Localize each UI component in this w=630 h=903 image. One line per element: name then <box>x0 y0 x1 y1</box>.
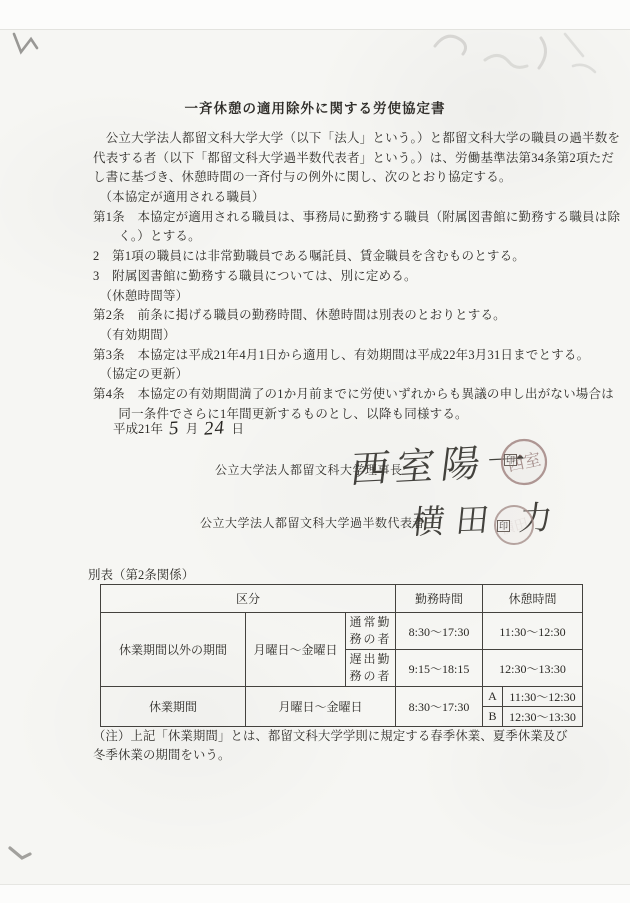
scan-paper-bottom-edge <box>0 884 630 903</box>
body-line: 第2条 前条に掲げる職員の勤務時間、休憩時間は別表のとおりとする。 <box>93 306 575 326</box>
cell-nonholiday-period: 休業期間以外の期間 <box>101 613 246 687</box>
cell-normal-work-hours: 8:30〜17:30 <box>396 613 483 650</box>
date-day-label: 日 <box>232 422 245 436</box>
seal-mark-label: 印 <box>497 520 510 532</box>
agreement-date: 平成21年 5 月 24 日 <box>113 417 244 439</box>
cell-holiday-work-hours: 8:30〜17:30 <box>396 687 483 727</box>
scanned-document-page: 一斉休憩の適用除外に関する労使協定書 公立大学法人都留文科大学大学（以下「法人」… <box>0 0 630 903</box>
cell-option-a-label: A <box>483 687 503 707</box>
document-title: 一斉休憩の適用除外に関する労使協定書 <box>0 97 630 117</box>
body-line: 2 第1項の職員には非常勤職員である嘱託員、賃金職員を含むものとする。 <box>93 247 575 267</box>
date-month-handwritten: 5 <box>165 417 183 440</box>
cell-nonholiday-days: 月曜日〜金曜日 <box>246 613 346 687</box>
body-line: し書に基づき、休憩時間の一斉付与の例外に関し、次のとおり協定する。 <box>93 168 575 188</box>
signer1-seal: 西室 印 <box>499 437 549 487</box>
body-line: 第3条 本協定は平成21年4月1日から適用し、有効期間は平成22年3月31日まで… <box>93 346 575 366</box>
cell-normal-shift-label: 通常勤務の者 <box>346 613 396 650</box>
appendix-footnote: （注）上記「休業期間」とは、都留文科大学学則に規定する春季休業、夏季休業及び冬季… <box>93 727 577 765</box>
seal-mark-label: 印 <box>504 454 517 466</box>
scan-paper-top-edge <box>0 0 630 30</box>
cell-holiday-period: 休業期間 <box>101 687 246 727</box>
cell-late-work-hours: 9:15〜18:15 <box>396 650 483 687</box>
document-body: 公立大学法人都留文科大学大学（以下「法人」という。）と都留文科大学の職員の過半数… <box>93 129 575 424</box>
col-header-work-hours: 勤務時間 <box>396 585 483 613</box>
signer2-seal: 横田 印 <box>492 503 536 547</box>
body-line: 第4条 本協定の有効期間満了の1か月前までに労使いずれからも異議の申し出がない場… <box>93 385 575 405</box>
body-line: 3 附属図書館に勤務する職員については、別に定める。 <box>93 267 575 287</box>
col-header-rest-hours: 休憩時間 <box>483 585 583 613</box>
body-line: （休憩時間等） <box>93 287 575 307</box>
cell-option-a-rest: 11:30〜12:30 <box>503 687 583 707</box>
cell-holiday-days: 月曜日〜金曜日 <box>246 687 396 727</box>
body-line: （本協定が適用される職員） <box>93 188 575 208</box>
body-line: （有効期間） <box>93 326 575 346</box>
work-rest-hours-table: 区分 勤務時間 休憩時間 休業期間以外の期間 月曜日〜金曜日 通常勤務の者 8:… <box>100 584 583 727</box>
signer2-handwritten-signature: 横田 力 <box>409 491 566 543</box>
cell-late-shift-label: 遅出勤務の者 <box>346 650 396 687</box>
date-era-year: 平成21年 <box>113 422 163 436</box>
appendix-caption: 別表（第2条関係） <box>88 565 194 583</box>
col-header-category: 区分 <box>101 585 396 613</box>
body-line: 第1条 本協定が適用される職員は、事務局に勤務する職員（附属図書館に勤務する職員… <box>93 208 575 228</box>
cell-normal-rest-hours: 11:30〜12:30 <box>483 613 583 650</box>
body-line: 代表する者（以下「都留文科大学過半数代表者」という。）は、労働基準法第34条第2… <box>93 149 575 169</box>
body-line: （協定の更新） <box>93 365 575 385</box>
date-day-handwritten: 24 <box>201 417 229 441</box>
date-month-label: 月 <box>186 422 199 436</box>
body-line: 公立大学法人都留文科大学大学（以下「法人」という。）と都留文科大学の職員の過半数… <box>93 129 575 149</box>
scan-artifact-bottom-left <box>4 840 38 870</box>
cell-option-b-rest: 12:30〜13:30 <box>503 707 583 727</box>
body-line: く。）とする。 <box>93 227 575 247</box>
scan-artifact-top-left <box>6 28 46 72</box>
cell-late-rest-hours: 12:30〜13:30 <box>483 650 583 687</box>
signer2-title: 公立大学法人都留文科大学過半数代表者 <box>200 514 425 531</box>
cell-option-b-label: B <box>483 707 503 727</box>
